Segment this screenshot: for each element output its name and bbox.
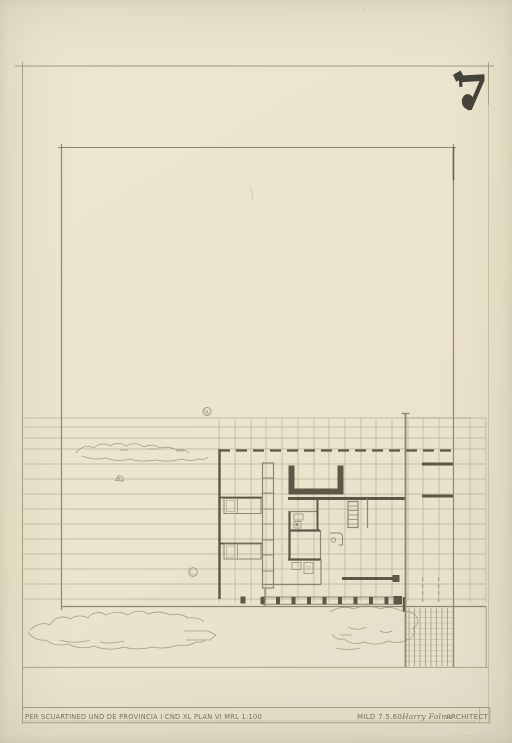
title-block-left-text: PER SCUARTINED UND DE PROVINCIA I CND XL… bbox=[25, 713, 262, 721]
paving-grid bbox=[22, 418, 486, 602]
bed bbox=[224, 499, 261, 514]
vegetation bbox=[28, 443, 418, 649]
bath-fixtures bbox=[292, 514, 313, 574]
title-block-right-text: MILD 7.5.60Harry FolmeARCHITECT bbox=[357, 712, 489, 721]
architect-role-label: ARCHITECT bbox=[446, 713, 489, 721]
wall-stub bbox=[422, 463, 453, 466]
sheet-border bbox=[15, 62, 494, 723]
drawing-sheet: 7 PER SCUARTINED UND DE PROVINCIA I CND … bbox=[0, 0, 512, 743]
wall-stub bbox=[422, 495, 453, 498]
hatched-paving-strip bbox=[22, 606, 489, 667]
tree-symbol bbox=[203, 408, 211, 416]
bed bbox=[224, 544, 261, 559]
sheet-number-stamp: 7 bbox=[453, 65, 491, 123]
furniture bbox=[224, 499, 358, 574]
rock-symbol bbox=[116, 476, 124, 482]
stair-strip bbox=[348, 502, 358, 528]
architectural-floor-plan-drawing: 7 PER SCUARTINED UND DE PROVINCIA I CND … bbox=[0, 0, 512, 743]
trees bbox=[116, 408, 212, 577]
paper-marks bbox=[125, 8, 366, 201]
u-shaped-core-wall bbox=[292, 466, 341, 492]
title-block-date: MILD 7.5.60 bbox=[357, 713, 402, 721]
scan-watermark: ·· ···· ··· ···· ··· bbox=[458, 733, 497, 738]
title-block: PER SCUARTINED UND DE PROVINCIA I CND XL… bbox=[22, 707, 490, 723]
